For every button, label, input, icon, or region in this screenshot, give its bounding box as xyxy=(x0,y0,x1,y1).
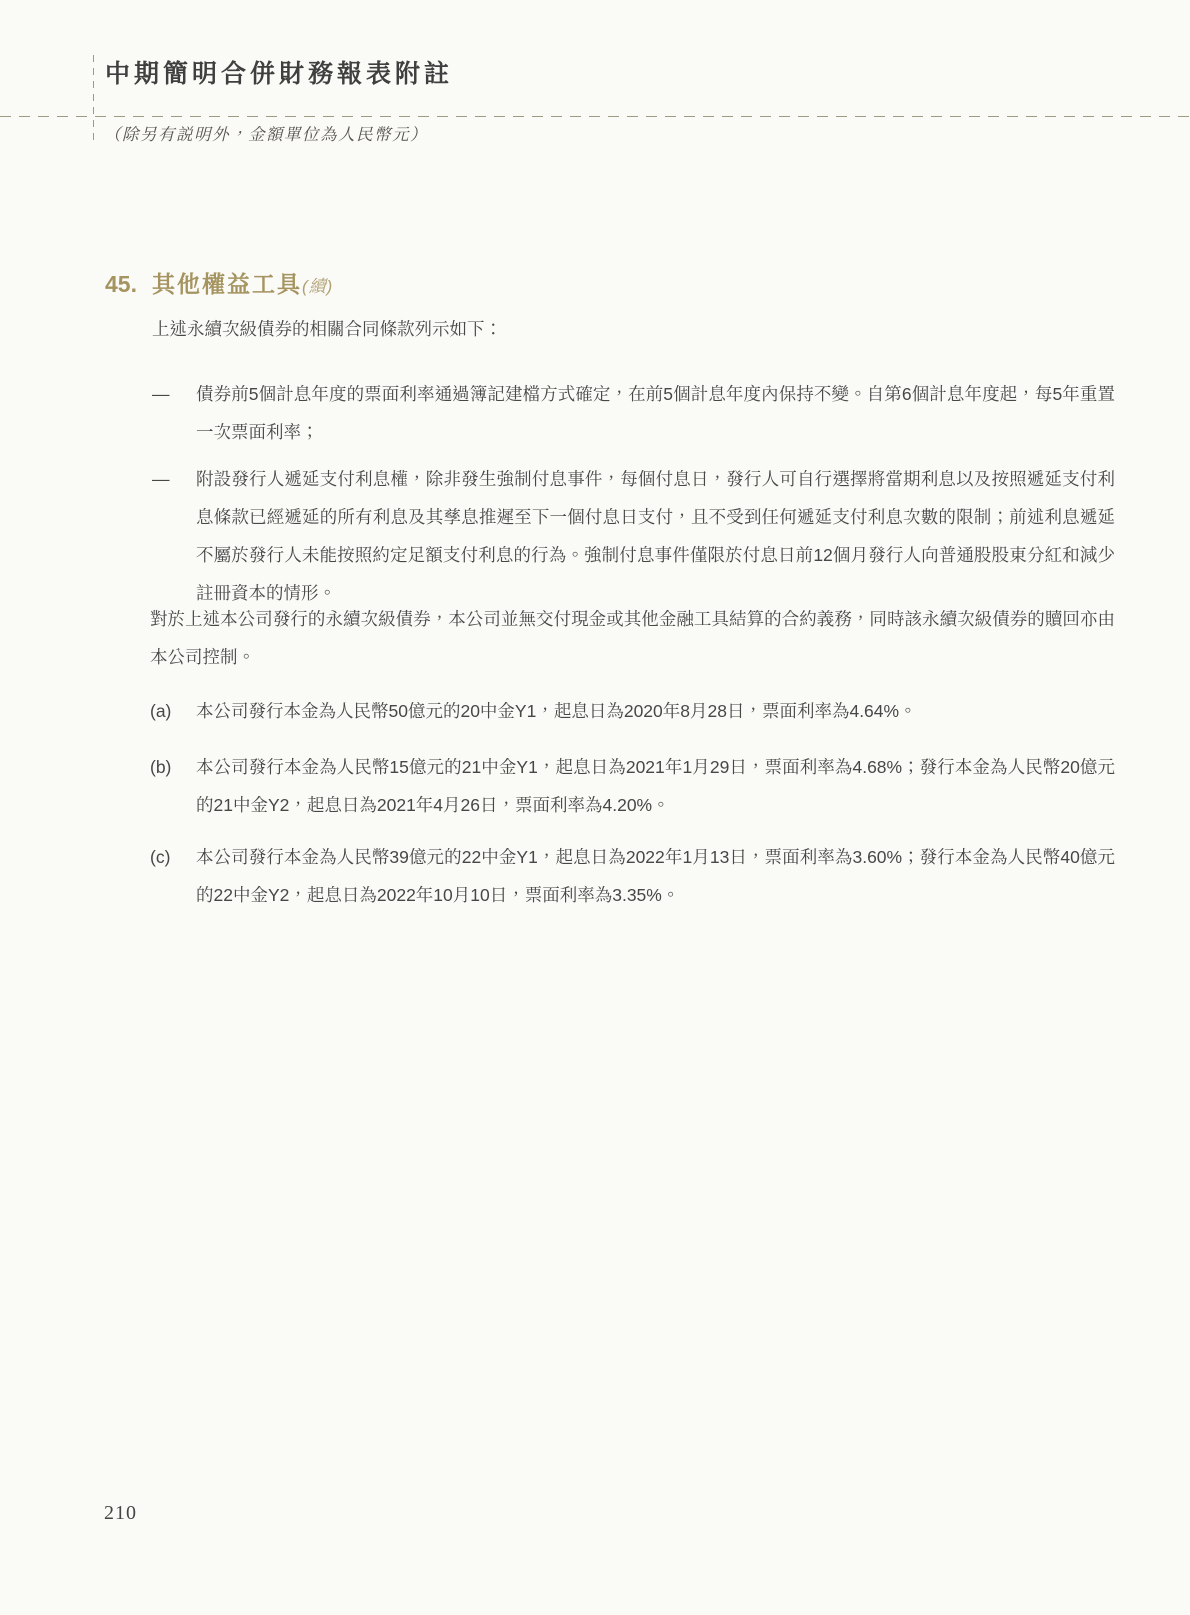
list-item-label: (b) xyxy=(150,748,196,824)
section-title-suffix: (續) xyxy=(302,277,333,296)
list-item-text: 本公司發行本金為人民幣15億元的21中金Y1，起息日為2021年1月29日，票面… xyxy=(196,748,1115,824)
section-heading: 45.其他權益工具(續) xyxy=(105,266,333,299)
page-header-title: 中期簡明合併財務報表附註 xyxy=(105,54,453,90)
bullet-item: — 債券前5個計息年度的票面利率通過簿記建檔方式確定，在前5個計息年度內保持不變… xyxy=(152,375,1115,451)
vertical-dashed-rule xyxy=(93,55,94,143)
list-item: (c) 本公司發行本金為人民幣39億元的22中金Y1，起息日為2022年1月13… xyxy=(150,838,1115,914)
bullet-dash-marker: — xyxy=(152,460,196,612)
list-item-label: (a) xyxy=(150,692,196,730)
list-item: (b) 本公司發行本金為人民幣15億元的21中金Y1，起息日為2021年1月29… xyxy=(150,748,1115,824)
list-item: (a) 本公司發行本金為人民幣50億元的20中金Y1，起息日為2020年8月28… xyxy=(150,692,1115,730)
section-intro-text: 上述永續次級債券的相關合同條款列示如下： xyxy=(152,310,1115,348)
section-title: 其他權益工具 xyxy=(152,271,302,297)
list-item-text: 本公司發行本金為人民幣50億元的20中金Y1，起息日為2020年8月28日，票面… xyxy=(196,692,1115,730)
list-item-label: (c) xyxy=(150,838,196,914)
page-header-subtitle: （除另有説明外，金額單位為人民幣元） xyxy=(104,121,428,145)
bullet-item: — 附設發行人遞延支付利息權，除非發生強制付息事件，每個付息日，發行人可自行選擇… xyxy=(152,460,1115,612)
bullet-dash-marker: — xyxy=(152,375,196,451)
section-paragraph: 對於上述本公司發行的永續次級債券，本公司並無交付現金或其他金融工具結算的合約義務… xyxy=(150,600,1115,676)
list-item-text: 本公司發行本金為人民幣39億元的22中金Y1，起息日為2022年1月13日，票面… xyxy=(196,838,1115,914)
bullet-text: 債券前5個計息年度的票面利率通過簿記建檔方式確定，在前5個計息年度內保持不變。自… xyxy=(196,375,1115,451)
section-number: 45. xyxy=(105,271,152,298)
report-page: 中期簡明合併財務報表附註 （除另有説明外，金額單位為人民幣元） 45.其他權益工… xyxy=(0,0,1190,1615)
bullet-text: 附設發行人遞延支付利息權，除非發生強制付息事件，每個付息日，發行人可自行選擇將當… xyxy=(196,460,1115,612)
page-number: 210 xyxy=(104,1502,137,1525)
horizontal-dashed-rule xyxy=(0,116,1190,117)
